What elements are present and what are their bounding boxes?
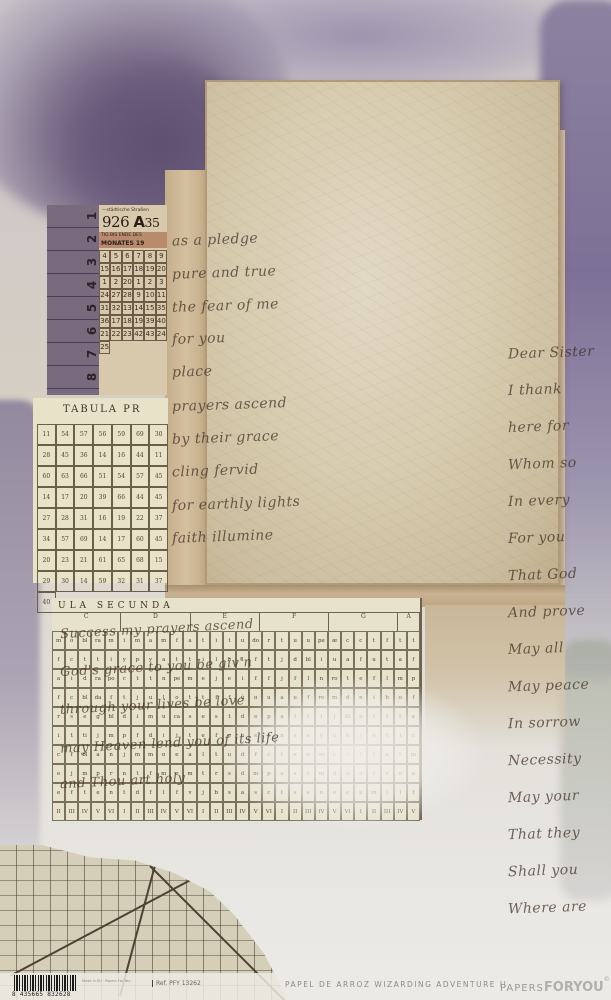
tabula-cell: 23: [56, 550, 75, 571]
tabula-cell: 14: [93, 529, 112, 550]
tabula-cell: 29: [37, 571, 56, 592]
ticket-day-cell: 31: [99, 302, 110, 315]
secunda-cell: v: [183, 783, 196, 802]
secunda-cell: u: [236, 631, 249, 650]
secunda-cell: a: [394, 650, 407, 669]
tabula-cell: 17: [112, 529, 131, 550]
handwriting-line: here for: [508, 418, 570, 436]
tabula-cell: 14: [93, 445, 112, 466]
handwriting-line: for you: [172, 330, 226, 348]
white-fade-overlay: [222, 678, 482, 828]
secunda-cell: u: [328, 650, 341, 669]
tabula-cell: 32: [112, 571, 131, 592]
ticket-day-cell: 22: [110, 328, 121, 341]
ticket-day-cell: 25: [99, 341, 110, 354]
ticket-validity: TIG BIS ENDE DES: [99, 232, 167, 239]
ticket-day-cell: 2: [144, 276, 155, 289]
secunda-cell: c: [341, 631, 354, 650]
tabula-cell: 69: [131, 424, 150, 445]
tabula-cell: 14: [37, 487, 56, 508]
tabula-cell: 16: [112, 445, 131, 466]
tabula-cell: 39: [93, 487, 112, 508]
ticket-header: —städtische Straßen: [99, 205, 167, 213]
secunda-cell: t: [275, 631, 288, 650]
secunda-cell: t: [223, 631, 236, 650]
secunda-cell: f: [262, 669, 275, 688]
tabula-cell: 20: [74, 487, 93, 508]
tabula-cell: 60: [131, 529, 150, 550]
tabula-title: TABULA PR: [33, 398, 168, 415]
ticket-day-cell: 19: [144, 263, 155, 276]
ticket-day-cell: 6: [122, 250, 133, 263]
secunda-cell: I: [197, 802, 210, 821]
ticket-day-cell: 23: [122, 328, 133, 341]
tabula-cell: 28: [56, 508, 75, 529]
ticket-day-cell: 20: [156, 263, 167, 276]
tabula-cell: 65: [112, 550, 131, 571]
secunda-cell: t: [262, 650, 275, 669]
tabula-cell: 45: [149, 487, 168, 508]
secunda-cell: bl: [302, 650, 315, 669]
ticket-stub-row: 6: [47, 320, 99, 343]
secunda-cell: VI: [183, 802, 196, 821]
secunda-cell: t: [381, 650, 394, 669]
ticket-day-cell: 7: [133, 250, 144, 263]
ticket-stub-row: 7: [47, 343, 99, 366]
copyright-mark: ©: [604, 976, 610, 983]
secunda-cell: do: [249, 631, 262, 650]
ticket-day-cell: 17: [110, 315, 121, 328]
ticket-day-cell: 13: [122, 302, 133, 315]
secunda-cell: i: [315, 650, 328, 669]
reference-code: Ref. PFY 13262: [152, 980, 201, 987]
ticket-day-cell: 42: [133, 328, 144, 341]
tabula-cell: 45: [149, 466, 168, 487]
tabula-cell: 66: [112, 487, 131, 508]
tabula-cell: 54: [112, 466, 131, 487]
secunda-cell: IV: [78, 802, 91, 821]
secunda-cell: III: [223, 802, 236, 821]
secunda-cell: t: [367, 631, 380, 650]
secunda-cell: u: [289, 631, 302, 650]
secunda-column-label: F: [260, 613, 329, 631]
ticket-stub-row: 3: [47, 251, 99, 274]
tabula-cell: 44: [131, 487, 150, 508]
secunda-cell: f: [249, 669, 262, 688]
tabula-cell: 28: [37, 445, 56, 466]
vintage-tram-ticket: 1 2 3 4 5 6 7 8 —städtische Straßen 926 …: [47, 205, 167, 395]
tabula-cell: 37: [149, 508, 168, 529]
secunda-cell: IV: [157, 802, 170, 821]
tabula-cell: 11: [37, 424, 56, 445]
handwriting-line: That God: [508, 566, 578, 584]
secunda-cell: j: [275, 650, 288, 669]
handwriting-line: Shall you: [508, 862, 579, 880]
tabula-cell: 66: [74, 466, 93, 487]
tabula-cell: 36: [74, 445, 93, 466]
ticket-day-cell: 14: [133, 302, 144, 315]
brand-foryou: FORYOU: [544, 980, 604, 995]
secunda-cell: u: [302, 631, 315, 650]
secunda-cell: III: [144, 802, 157, 821]
ticket-day-cell: 9: [133, 289, 144, 302]
ticket-day-cell: 18: [122, 315, 133, 328]
tabula-cell: 21: [74, 550, 93, 571]
fine-print: Made in EU · Papers For You: [82, 979, 162, 984]
product-footer-strip: 8 435665 832628 Made in EU · Papers For …: [0, 973, 611, 1000]
handwriting-line: cling fervid: [172, 461, 259, 480]
secunda-column-label: G: [329, 613, 398, 631]
tabula-cell: 69: [74, 529, 93, 550]
handwriting-line: Where are: [508, 899, 587, 918]
tabula-cell: 16: [93, 508, 112, 529]
ticket-day-cell: 2: [110, 276, 121, 289]
secunda-cell: s: [223, 783, 236, 802]
secunda-cell: r: [262, 631, 275, 650]
secunda-cell: i: [236, 669, 249, 688]
tabula-cell: 57: [74, 424, 93, 445]
ticket-day-cell: 24: [99, 289, 110, 302]
ticket-day-cell: 8: [144, 250, 155, 263]
ticket-day-cell: 9: [156, 250, 167, 263]
tabula-cell: 20: [37, 550, 56, 571]
tabula-cell: 59: [93, 571, 112, 592]
barcode-number: 8 435665 832628: [12, 991, 71, 998]
tabula-cell: 44: [131, 445, 150, 466]
secunda-cell: f: [354, 650, 367, 669]
tabula-cell: 19: [112, 508, 131, 529]
tabula-cell: 27: [37, 508, 56, 529]
barcode-icon: [14, 975, 76, 991]
ticket-stub-row: 2: [47, 228, 99, 251]
ticket-day-cell: 19: [133, 315, 144, 328]
handwriting-line: Whom so: [508, 455, 577, 473]
tabula-cell: 31: [74, 508, 93, 529]
tabula-cell: 31: [131, 571, 150, 592]
ticket-day-cell: 36: [99, 315, 110, 328]
tabula-cell: 30: [56, 571, 75, 592]
tabula-cell: 45: [149, 529, 168, 550]
ticket-day-cell: 18: [133, 263, 144, 276]
rice-paper-sheet: 1 2 3 4 5 6 7 8 —städtische Straßen 926 …: [0, 0, 611, 1000]
ticket-day-cell: 1: [99, 276, 110, 289]
handwriting-line: Dear Sister: [508, 343, 595, 362]
secunda-cell: f: [381, 631, 394, 650]
secunda-cell: u: [367, 650, 380, 669]
handwriting-line: May your: [508, 788, 580, 806]
tabula-cell: 45: [56, 445, 75, 466]
ticket-day-cell: 11: [156, 289, 167, 302]
ticket-day-cell: 27: [110, 289, 121, 302]
ticket-day-cell: 24: [156, 328, 167, 341]
secunda-cell: VI: [105, 802, 118, 821]
tabula-cell: 57: [56, 529, 75, 550]
secunda-cell: b: [210, 783, 223, 802]
tabula-grid: 1154575659693028453614164411606366515457…: [37, 424, 168, 583]
ticket-day-cell: 4: [99, 250, 110, 263]
tabula-cell: 57: [131, 466, 150, 487]
ticket-stub-row: 8: [47, 366, 99, 389]
secunda-column-label: A: [398, 613, 419, 631]
ticket-day-cell: 15: [144, 302, 155, 315]
secunda-cell: II: [52, 802, 65, 821]
ticket-day-cell: 1: [133, 276, 144, 289]
ticket-day-cell: 17: [122, 263, 133, 276]
tabula-cell: 37: [149, 571, 168, 592]
secunda-cell: V: [91, 802, 104, 821]
brand-papers: PAPERS: [500, 983, 544, 994]
ticket-day-grid: 4567891516171819201220123242728910113132…: [99, 250, 167, 354]
ticket-day-cell: 43: [144, 328, 155, 341]
ticket-stub-row: 4: [47, 274, 99, 297]
secunda-cell: d: [289, 650, 302, 669]
tabula-cell: 56: [93, 424, 112, 445]
secunda-cell: II: [210, 802, 223, 821]
secunda-cell: r: [210, 764, 223, 783]
tabula-cell: 30: [149, 424, 168, 445]
brand-logo: PAPERSFORYOU©: [500, 976, 610, 995]
ticket-day-cell: 16: [110, 263, 121, 276]
tabula-cell: 15: [149, 550, 168, 571]
secunda-cell: e: [223, 669, 236, 688]
tabula-cell: 68: [131, 550, 150, 571]
handwriting-line: May all: [508, 640, 564, 658]
secunda-cell: t: [407, 631, 420, 650]
ticket-day-cell: 35: [156, 302, 167, 315]
secunda-cell: a: [341, 650, 354, 669]
ticket-month: MONATES 19: [99, 239, 167, 248]
tabula-number-table: TABULA PR 115457565969302845361416441160…: [33, 398, 168, 583]
secunda-cell: V: [170, 802, 183, 821]
secunda-cell: III: [65, 802, 78, 821]
handwriting-line: In sorrow: [508, 714, 581, 733]
handwriting-line: May peace: [508, 677, 590, 696]
ticket-day-cell: 10: [144, 289, 155, 302]
secunda-cell: t: [197, 764, 210, 783]
secunda-cell: f: [407, 650, 420, 669]
handwriting-line: In every: [508, 492, 571, 510]
handwriting-line: And prove: [508, 603, 586, 622]
secunda-cell: t: [394, 631, 407, 650]
ticket-day-cell: 28: [122, 289, 133, 302]
ticket-serial: 926 A35: [99, 213, 167, 232]
handwriting-line: That they: [508, 825, 581, 844]
secunda-cell: IV: [236, 802, 249, 821]
ticket-day-cell: 39: [144, 315, 155, 328]
secunda-cell: I: [118, 802, 131, 821]
ticket-stub-row: 1: [47, 205, 99, 228]
tabula-cell: 63: [56, 466, 75, 487]
tabula-cell: 60: [37, 466, 56, 487]
ticket-day-cell: 20: [122, 276, 133, 289]
handwriting-line: Necessity: [508, 751, 582, 770]
handwriting-line: I thank: [508, 381, 563, 399]
tabula-cell: 59: [112, 424, 131, 445]
tabula-cell: 17: [56, 487, 75, 508]
tabula-cell: 61: [93, 550, 112, 571]
tabula-cell: 22: [131, 508, 150, 529]
tabula-cell: 14: [74, 571, 93, 592]
ticket-day-cell: 3: [156, 276, 167, 289]
ticket-day-cell: 40: [156, 315, 167, 328]
tabula-cell: 34: [37, 529, 56, 550]
ticket-day-cell: 5: [110, 250, 121, 263]
product-name: PAPEL DE ARROZ WIZARDING ADVENTURE II: [285, 980, 507, 989]
handwriting-line: For you: [508, 529, 566, 547]
ticket-body: —städtische Straßen 926 A35 TIG BIS ENDE…: [99, 205, 167, 395]
secunda-title: ULA SECUNDA: [52, 598, 420, 613]
secunda-cell: j: [275, 669, 288, 688]
ticket-stub-row: 5: [47, 297, 99, 320]
ticket-day-cell: 15: [99, 263, 110, 276]
handwriting-line: place: [172, 363, 213, 380]
secunda-cell: c: [354, 631, 367, 650]
secunda-cell: pe: [315, 631, 328, 650]
secunda-cell: æ: [328, 631, 341, 650]
secunda-cell: II: [131, 802, 144, 821]
handwriting-line: as a pledge: [172, 231, 259, 250]
ticket-stub-column: 1 2 3 4 5 6 7 8: [47, 205, 99, 395]
tabula-cell: 51: [93, 466, 112, 487]
secunda-cell: j: [197, 783, 210, 802]
tabula-cell: 11: [149, 445, 168, 466]
tabula-cell: 54: [56, 424, 75, 445]
ticket-day-cell: 32: [110, 302, 121, 315]
ticket-day-cell: 21: [99, 328, 110, 341]
